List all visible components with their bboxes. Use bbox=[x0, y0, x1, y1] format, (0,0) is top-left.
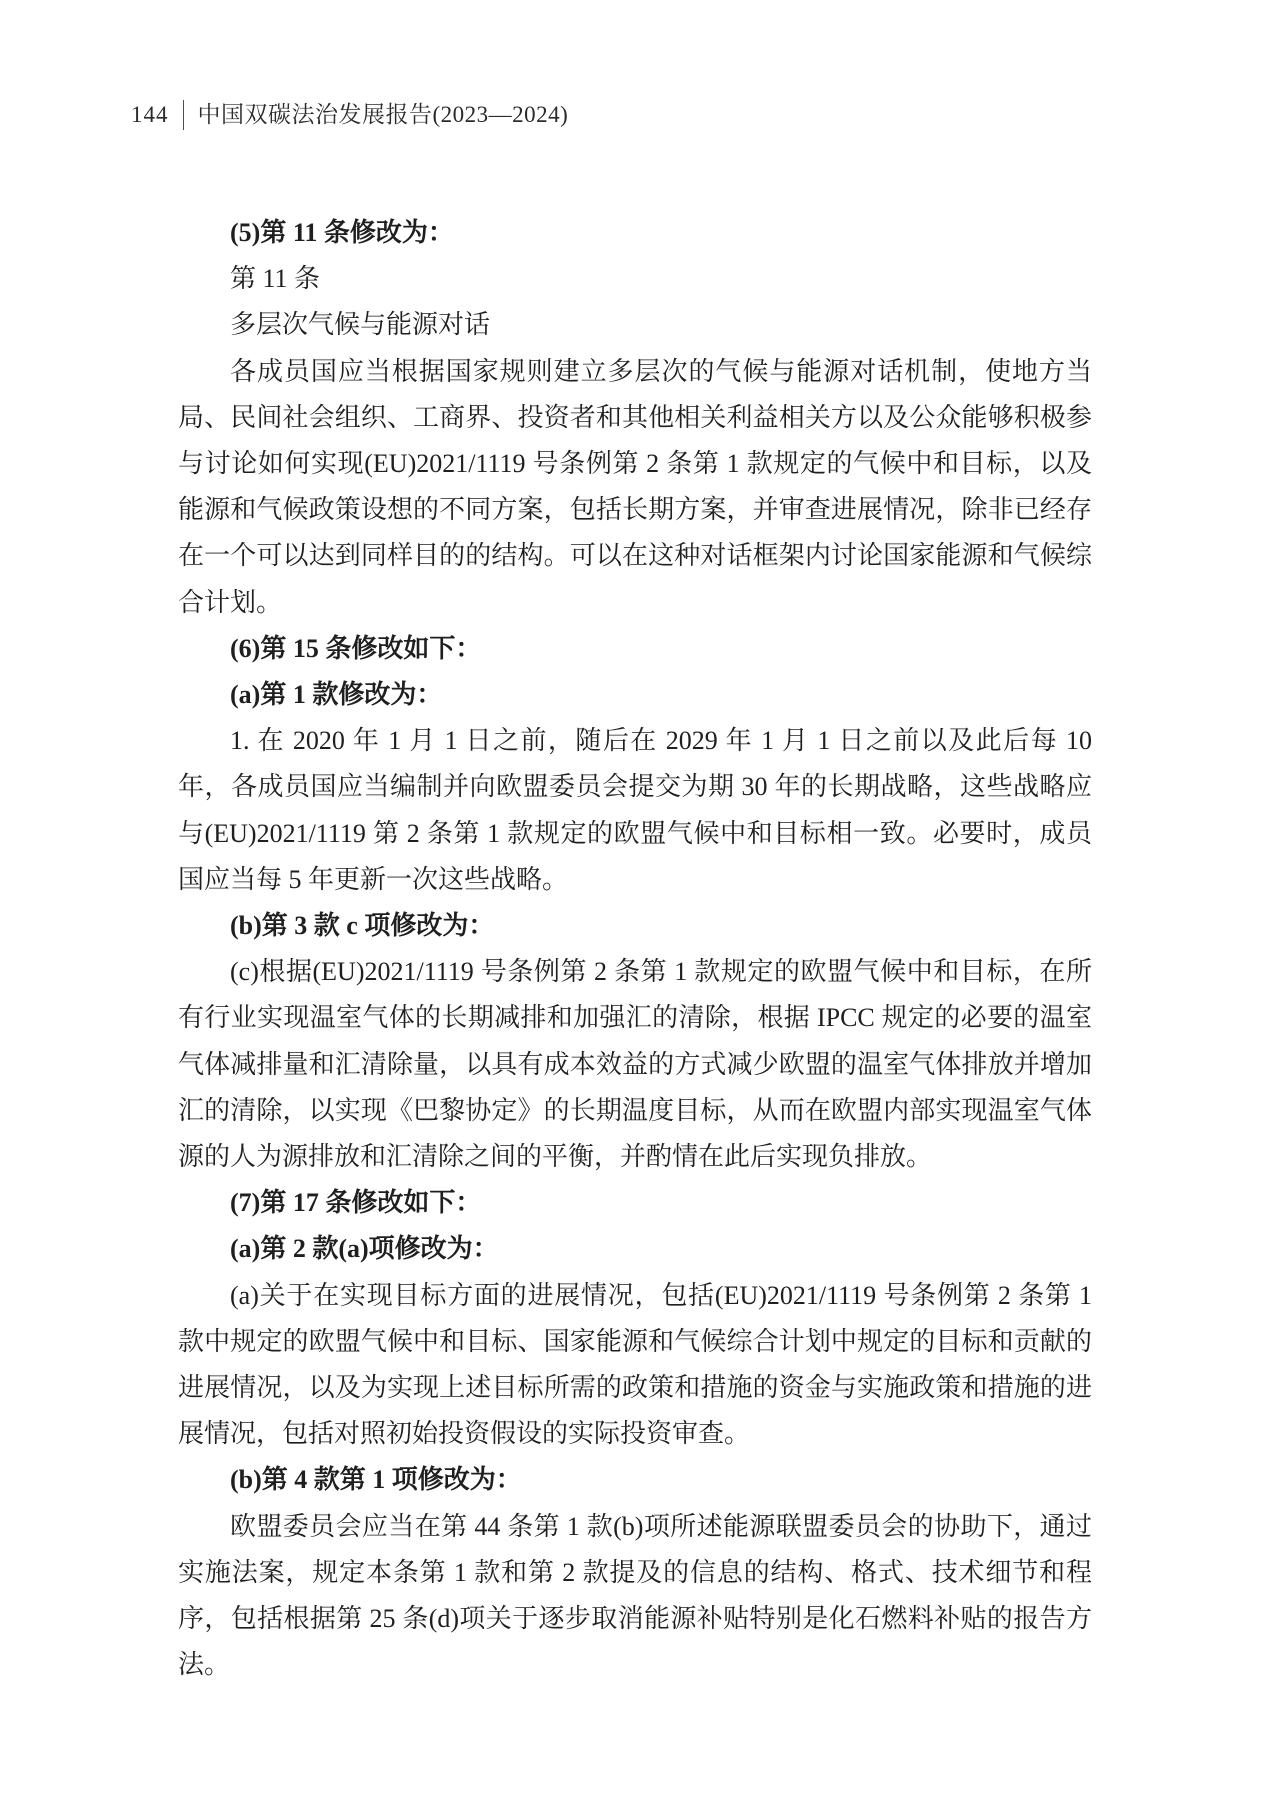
body-paragraph: (a)关于在实现目标方面的进展情况，包括(EU)2021/1119 号条例第 2… bbox=[178, 1273, 1092, 1458]
body-paragraph: 欧盟委员会应当在第 44 条第 1 款(b)项所述能源联盟委员会的协助下，通过实… bbox=[178, 1504, 1092, 1689]
section-heading: (a)第 2 款(a)项修改为： bbox=[178, 1226, 1092, 1272]
section-heading: (5)第 11 条修改为： bbox=[178, 210, 1092, 256]
article-title-line: 多层次气候与能源对话 bbox=[178, 302, 1092, 348]
section-heading: (6)第 15 条修改如下： bbox=[178, 626, 1092, 672]
section-heading: (a)第 1 款修改为： bbox=[178, 672, 1092, 718]
body-paragraph: (c)根据(EU)2021/1119 号条例第 2 条第 1 款规定的欧盟气候中… bbox=[178, 949, 1092, 1180]
book-title: 中国双碳法治发展报告(2023—2024) bbox=[198, 98, 569, 132]
body-paragraph: 各成员国应当根据国家规则建立多层次的气候与能源对话机制，使地方当局、民间社会组织… bbox=[178, 349, 1092, 626]
book-page: 144 中国双碳法治发展报告(2023—2024) (5)第 11 条修改为： … bbox=[0, 0, 1269, 1804]
page-header: 144 中国双碳法治发展报告(2023—2024) bbox=[131, 98, 568, 132]
section-heading: (7)第 17 条修改如下： bbox=[178, 1180, 1092, 1226]
body-paragraph: 1. 在 2020 年 1 月 1 日之前，随后在 2029 年 1 月 1 日… bbox=[178, 718, 1092, 903]
page-number: 144 bbox=[131, 98, 169, 132]
header-divider bbox=[183, 100, 184, 130]
page-content: (5)第 11 条修改为： 第 11 条 多层次气候与能源对话 各成员国应当根据… bbox=[178, 210, 1092, 1689]
section-heading: (b)第 3 款 c 项修改为： bbox=[178, 903, 1092, 949]
section-heading: (b)第 4 款第 1 项修改为： bbox=[178, 1457, 1092, 1503]
article-number-line: 第 11 条 bbox=[178, 256, 1092, 302]
